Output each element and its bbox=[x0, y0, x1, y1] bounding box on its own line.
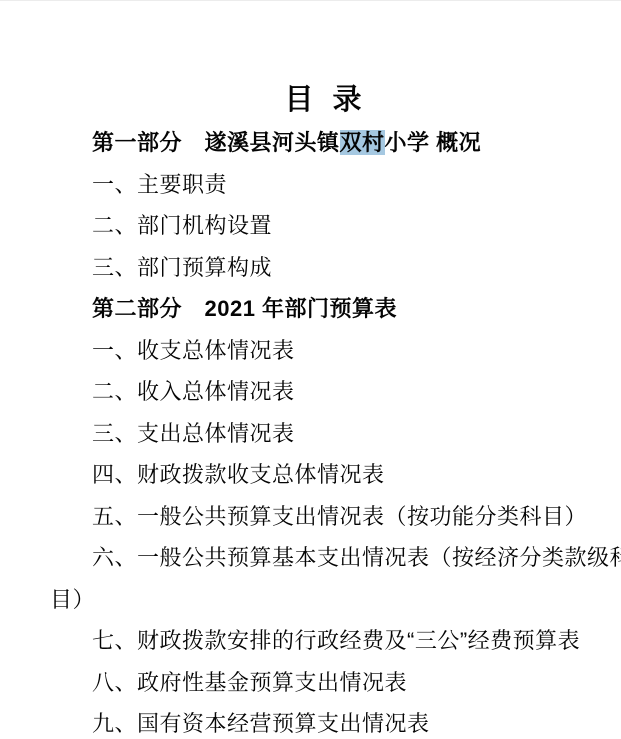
toc-item-revenue-overview: 二、收入总体情况表 bbox=[50, 371, 617, 413]
part1-heading-text-pre: 第一部分 遂溪县河头镇 bbox=[92, 130, 340, 155]
toc-document-page: 目 录 第一部分 遂溪县河头镇双村小学 概况 一、主要职责 二、部门机构设置 三… bbox=[0, 0, 621, 739]
toc-item-main-duties: 一、主要职责 bbox=[50, 164, 617, 206]
toc-item-expenditure-overview: 三、支出总体情况表 bbox=[50, 413, 617, 455]
toc-item-org-structure: 二、部门机构设置 bbox=[50, 205, 617, 247]
toc-item-revenue-expenditure-overview: 一、收支总体情况表 bbox=[50, 330, 617, 372]
toc-item-state-capital-budget: 九、国有资本经营预算支出情况表 bbox=[50, 703, 617, 739]
selected-text-highlight: 双村 bbox=[340, 130, 385, 155]
toc-item-basic-expenditure-line2: 目） bbox=[50, 587, 95, 612]
toc-item-public-budget-expenditure: 五、一般公共预算支出情况表（按功能分类科目） bbox=[50, 496, 617, 538]
part1-heading: 第一部分 遂溪县河头镇双村小学 概况 bbox=[50, 122, 617, 164]
toc-item-basic-expenditure: 六、一般公共预算基本支出情况表（按经济分类款级科目） bbox=[50, 537, 617, 620]
toc-item-fiscal-appropriation-overview: 四、财政拨款收支总体情况表 bbox=[50, 454, 617, 496]
toc-item-admin-three-public-funds: 七、财政拨款安排的行政经费及“三公”经费预算表 bbox=[50, 620, 617, 662]
page-title: 目 录 bbox=[50, 78, 597, 122]
part2-heading: 第二部分 2021 年部门预算表 bbox=[50, 288, 617, 330]
part1-heading-text-post: 小学 概况 bbox=[385, 130, 482, 155]
toc-item-budget-composition: 三、部门预算构成 bbox=[50, 247, 617, 289]
toc-item-government-fund-budget: 八、政府性基金预算支出情况表 bbox=[50, 662, 617, 704]
toc-item-basic-expenditure-line1: 六、一般公共预算基本支出情况表（按经济分类款级科 bbox=[92, 545, 621, 570]
